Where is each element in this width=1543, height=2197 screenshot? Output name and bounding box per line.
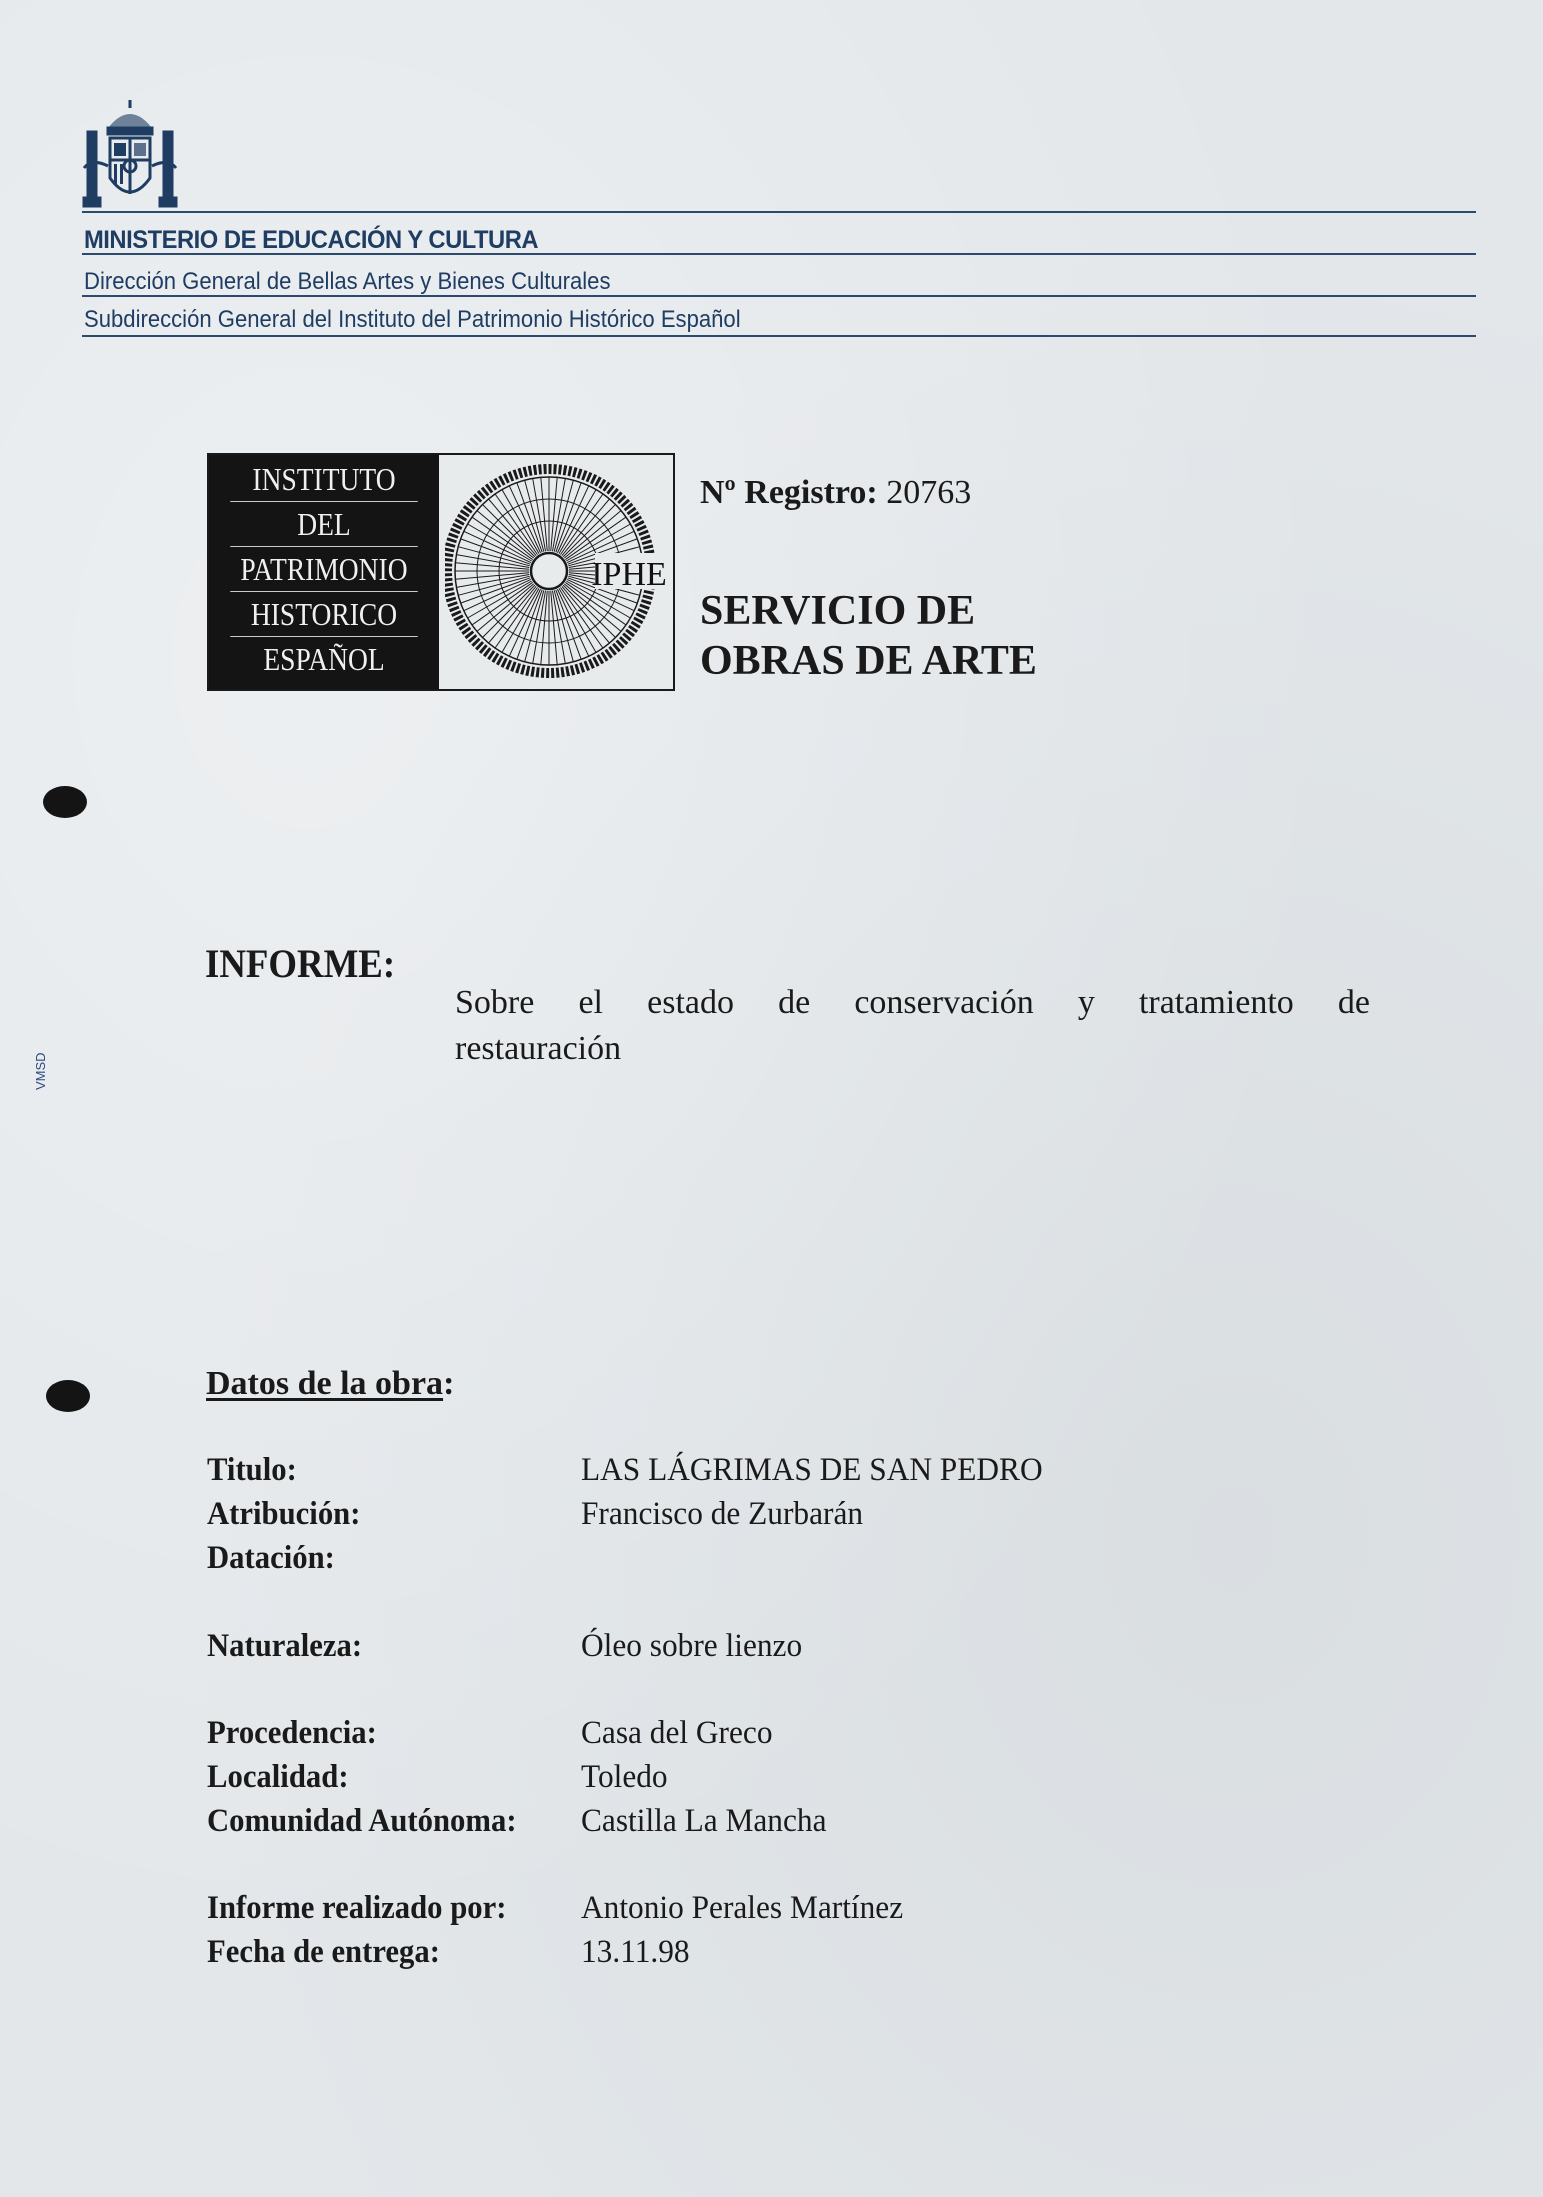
field-value: Toledo [581, 1759, 668, 1796]
field-value: LAS LÁGRIMAS DE SAN PEDRO [581, 1452, 1043, 1489]
field-label: Localidad: [207, 1759, 349, 1796]
logo-line: PATRIMONIO [230, 547, 417, 592]
subdireccion-general: Subdirección General del Instituto del P… [84, 306, 741, 334]
field-label: Naturaleza: [207, 1628, 362, 1665]
header-rule [82, 211, 1476, 213]
logo-line: INSTITUTO [230, 457, 417, 502]
punch-hole [46, 1380, 90, 1412]
rose-window-icon: IPHE [445, 461, 665, 681]
informe-description-cont: restauración [455, 1030, 621, 1068]
field-value: Óleo sobre lienzo [581, 1628, 802, 1665]
field-value: Casa del Greco [581, 1715, 772, 1752]
direccion-general: Dirección General de Bellas Artes y Bien… [84, 268, 610, 296]
service-title: SERVICIO DE OBRAS DE ARTE [700, 586, 1037, 686]
datos-heading-text: Datos de la obra [206, 1365, 443, 1402]
datos-heading: Datos de la obra: [206, 1365, 454, 1403]
field-label: Comunidad Autónoma: [207, 1803, 517, 1840]
logo-line: HISTORICO [230, 592, 417, 637]
field-value: Castilla La Mancha [581, 1803, 827, 1840]
header-rule [82, 295, 1476, 297]
field-value: 13.11.98 [581, 1934, 690, 1971]
ministry-name: MINISTERIO DE EDUCACIÓN Y CULTURA [84, 226, 538, 255]
field-label: Atribución: [207, 1496, 360, 1533]
logo-name-panel: INSTITUTO DEL PATRIMONIO HISTORICO ESPAÑ… [209, 455, 439, 689]
informe-label: INFORME: [205, 940, 395, 987]
registro-label: Nº Registro: [700, 474, 878, 511]
field-label: Titulo: [207, 1452, 297, 1489]
registro-value: 20763 [886, 474, 971, 511]
datos-heading-colon: : [443, 1365, 454, 1402]
field-label: Procedencia: [207, 1715, 377, 1752]
header-rule [82, 253, 1476, 255]
field-label: Informe realizado por: [207, 1890, 506, 1927]
header-rule [82, 335, 1476, 337]
iphe-logo: INSTITUTO DEL PATRIMONIO HISTORICO ESPAÑ… [207, 453, 675, 691]
registro-number: Nº Registro: 20763 [700, 474, 971, 512]
field-value: Antonio Perales Martínez [581, 1890, 903, 1927]
logo-line: ESPAÑOL [230, 637, 417, 681]
service-title-line2: OBRAS DE ARTE [700, 636, 1037, 686]
margin-mark: VMSD [33, 1052, 48, 1090]
service-title-line1: SERVICIO DE [700, 586, 1037, 636]
spanish-coat-of-arms-icon [80, 98, 180, 210]
punch-hole [43, 786, 87, 818]
field-label: Datación: [207, 1540, 335, 1577]
logo-line: DEL [230, 502, 417, 547]
logo-acronym: IPHE [591, 556, 665, 593]
field-value: Francisco de Zurbarán [581, 1496, 863, 1533]
informe-description: Sobre el estado de conservación y tratam… [455, 984, 1370, 1022]
field-label: Fecha de entrega: [207, 1934, 440, 1971]
